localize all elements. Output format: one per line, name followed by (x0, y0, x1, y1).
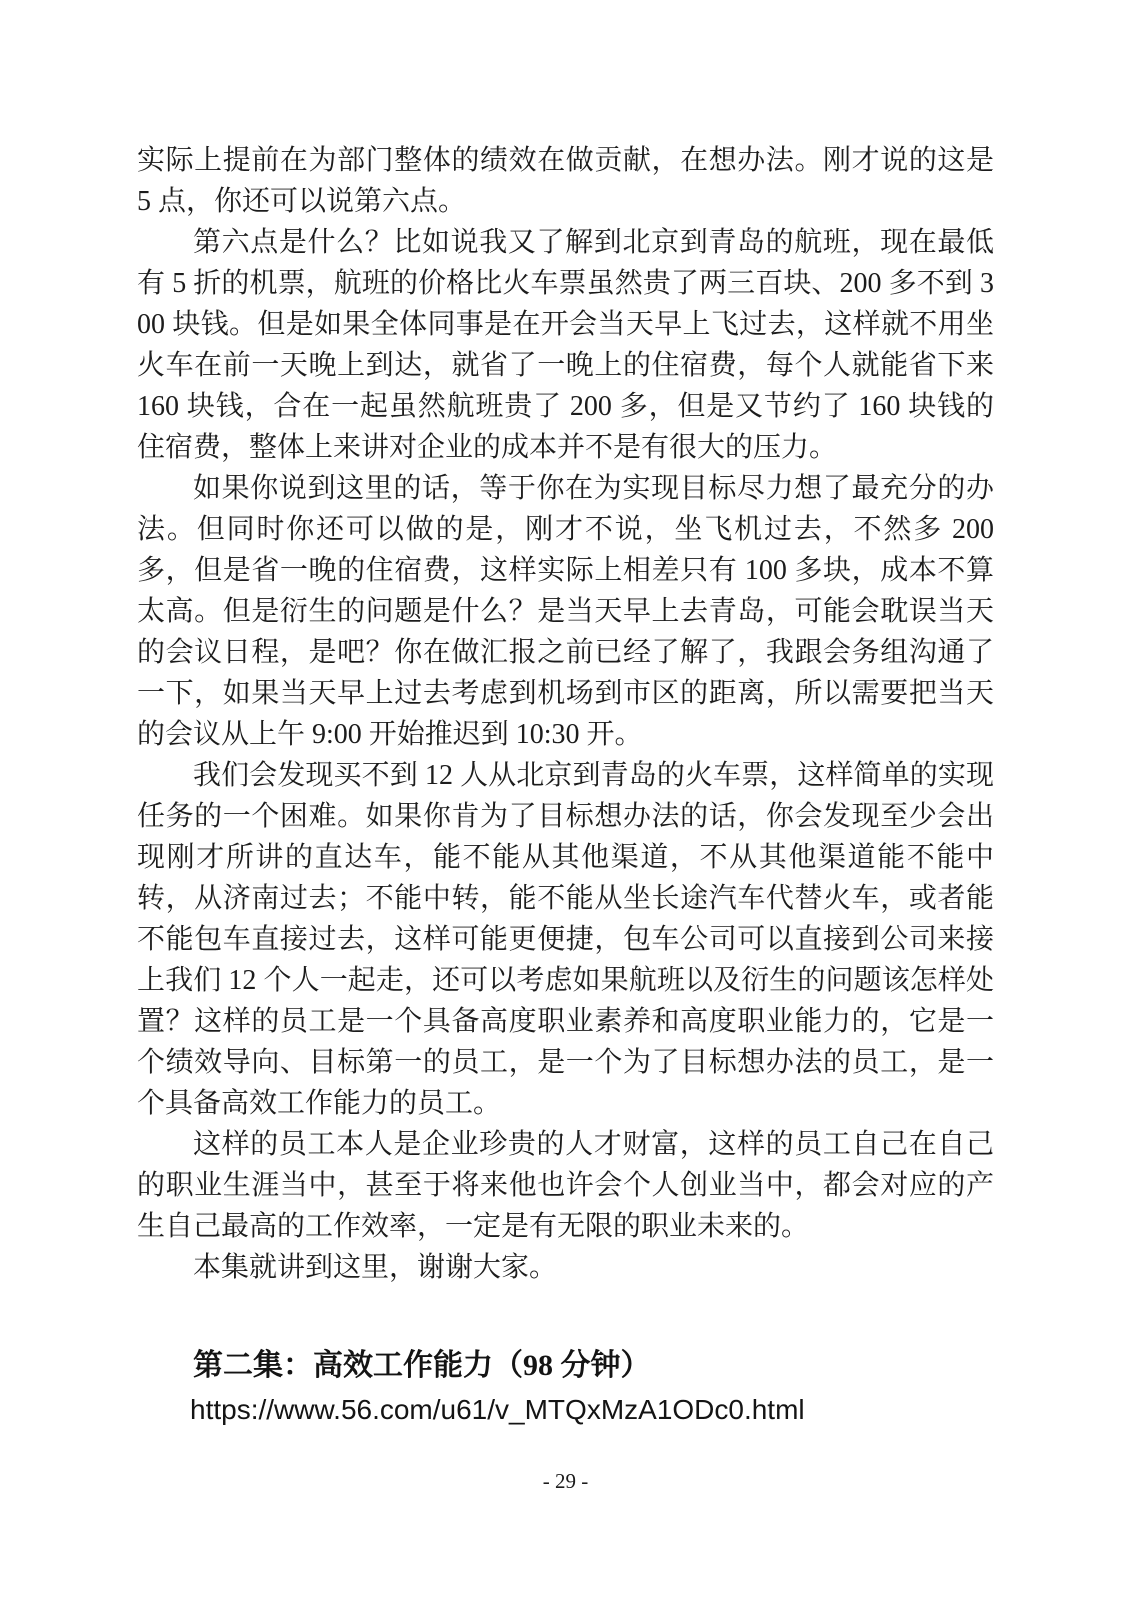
body-paragraph: 这样的员工本人是企业珍贵的人才财富，这样的员工自己在自己的职业生涯当中，甚至于将… (137, 1124, 994, 1247)
body-paragraph: 如果你说到这里的话，等于你在为实现目标尽力想了最充分的办法。但同时你还可以做的是… (137, 468, 994, 755)
body-paragraph: 第六点是什么？比如说我又了解到北京到青岛的航班，现在最低有 5 折的机票，航班的… (137, 222, 994, 468)
episode-section: 第二集：高效工作能力（98 分钟） https://www.56.com/u61… (137, 1344, 994, 1432)
video-url-text: https://www.56.com/u61/v_MTQxMzA1ODc0.ht… (137, 1388, 994, 1432)
body-paragraph: 本集就讲到这里，谢谢大家。 (137, 1247, 994, 1288)
body-paragraph: 我们会发现买不到 12 人从北京到青岛的火车票，这样简单的实现任务的一个困难。如… (137, 755, 994, 1124)
body-paragraph: 实际上提前在为部门整体的绩效在做贡献，在想办法。刚才说的这是 5 点，你还可以说… (137, 140, 994, 222)
page-number: - 29 - (0, 1466, 1131, 1496)
page-content: 实际上提前在为部门整体的绩效在做贡献，在想办法。刚才说的这是 5 点，你还可以说… (137, 140, 994, 1432)
section-heading: 第二集：高效工作能力（98 分钟） (137, 1344, 994, 1388)
document-page: 实际上提前在为部门整体的绩效在做贡献，在想办法。刚才说的这是 5 点，你还可以说… (0, 0, 1131, 1600)
